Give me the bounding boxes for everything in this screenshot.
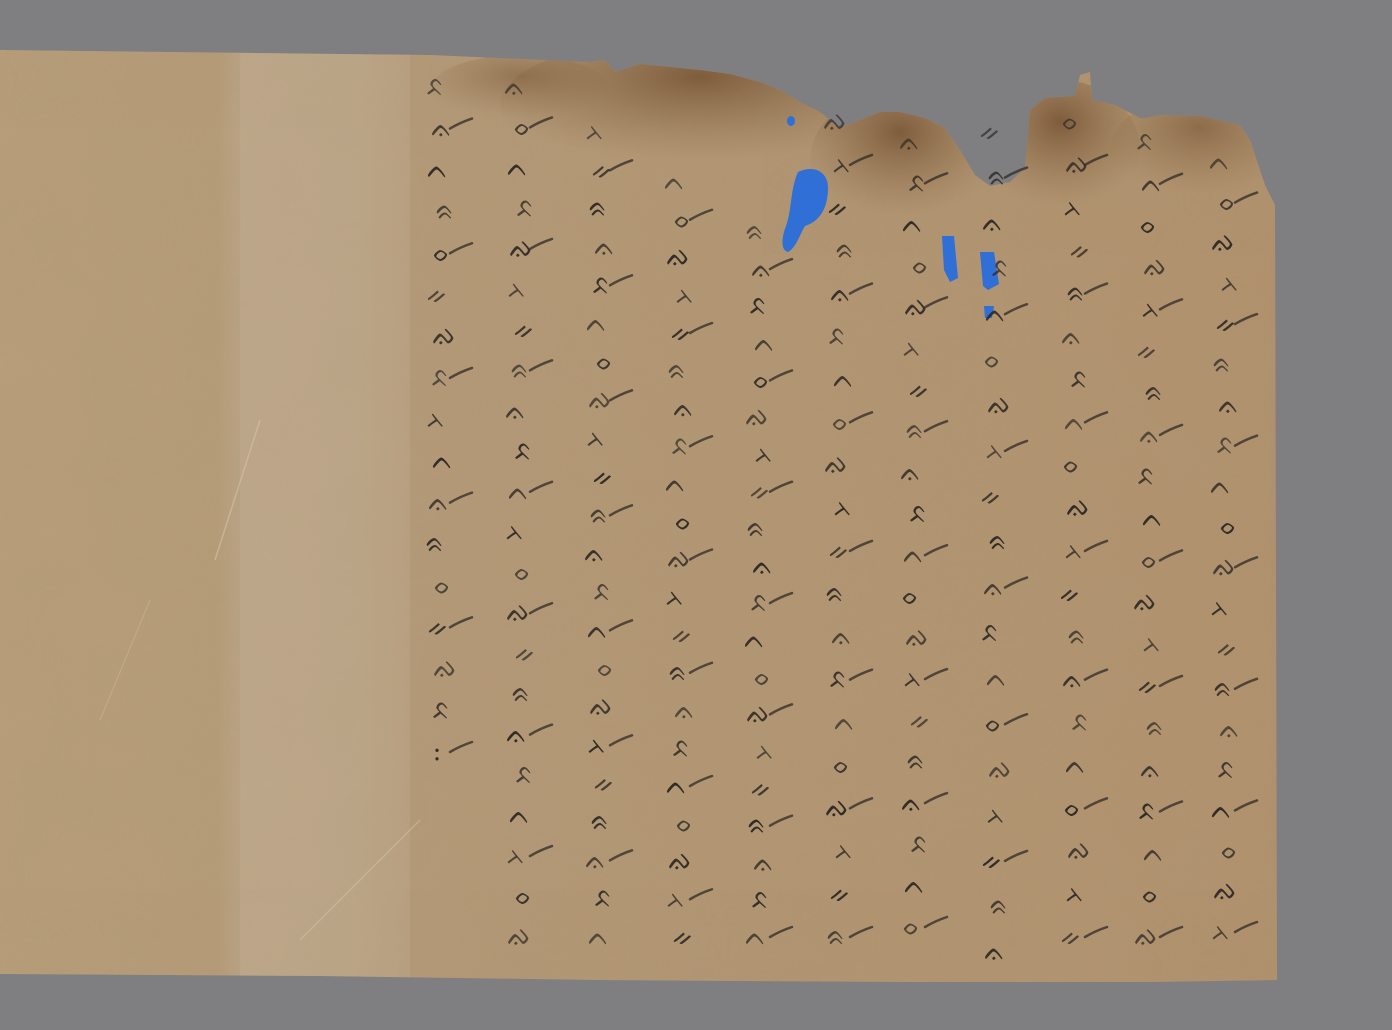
- script-glyph: ᨀ: [672, 922, 693, 952]
- script-glyph: ᨅ: [594, 884, 613, 914]
- script-glyph: ᨈ: [754, 328, 776, 358]
- script-glyph: ᨁ: [1143, 253, 1168, 283]
- script-glyph: ᨀ: [750, 774, 771, 804]
- script-glyph: ᨈ: [1210, 471, 1232, 501]
- script-glyph: ᨈ: [664, 167, 686, 197]
- script-glyph: ᨁ: [507, 922, 532, 952]
- script-glyph: ᨅ: [749, 291, 768, 321]
- script-glyph: ᨈ: [427, 155, 449, 185]
- script-glyph: ᨊ: [1139, 420, 1161, 450]
- script-glyph: ᨔ: [1219, 512, 1237, 542]
- script-glyph: ᨁ: [824, 450, 849, 480]
- script-glyph: ᨂ: [666, 884, 686, 914]
- script-glyph: ᨀ: [979, 117, 1000, 147]
- script-glyph: ᨀ: [593, 769, 614, 799]
- script-glyph: ᨁ: [987, 390, 1012, 420]
- script-glyph: ᨁ: [666, 243, 691, 273]
- script-glyph: ᨈ: [666, 771, 688, 801]
- script-glyph: ᨑ: [1067, 622, 1087, 652]
- script-glyph: ᨊ: [585, 845, 607, 875]
- script-glyph: ᨈ: [587, 615, 609, 645]
- script-glyph: ᨔ: [513, 112, 531, 142]
- script-glyph: ᨅ: [751, 885, 770, 915]
- script-glyph: ᨀ: [514, 639, 535, 669]
- script-glyph: ᨔ: [596, 654, 614, 684]
- script-glyph: ᨊ: [753, 848, 775, 878]
- script-glyph: ᨔ: [1140, 545, 1158, 575]
- script-glyph: ᨀ: [829, 879, 850, 909]
- script-glyph: ᨊ: [752, 551, 774, 581]
- script-glyph: ᨑ: [906, 747, 926, 777]
- manuscript-svg: ᨅᨊᨈᨑᨔᨀᨁᨅᨂᨈᨊᨑᨔᨀᨁᨅ:ᨊᨔᨈᨅᨁᨂᨀᨑᨊᨅᨈᨂᨔᨁᨀᨑᨊᨅᨈᨂᨔᨁᨂ…: [0, 0, 1392, 1030]
- script-glyph: ᨔ: [1063, 793, 1081, 823]
- script-glyph: ᨈ: [1209, 147, 1231, 177]
- script-glyph: ᨔ: [432, 238, 450, 268]
- script-glyph: ᨂ: [1220, 269, 1240, 299]
- script-glyph: ᨂ: [1211, 917, 1231, 947]
- script-glyph: ᨅ: [910, 829, 929, 859]
- script-glyph: ᨔ: [752, 365, 770, 395]
- script-glyph: ᨈ: [1065, 750, 1087, 780]
- script-glyph: ᨀ: [427, 612, 448, 642]
- script-glyph: ᨅ: [592, 270, 611, 300]
- script-glyph: ᨊ: [594, 232, 616, 262]
- script-glyph: ᨅ: [908, 168, 927, 198]
- script-glyph: ᨑ: [905, 416, 925, 446]
- script-glyph: ᨀ: [1060, 922, 1081, 952]
- script-glyph: ᨊ: [673, 394, 695, 424]
- script-glyph: ᨈ: [507, 153, 529, 183]
- script-glyph: ᨂ: [755, 736, 775, 766]
- script-glyph: ᨊ: [1219, 714, 1241, 744]
- script-glyph: ᨅ: [828, 321, 847, 351]
- script-glyph: ᨀ: [671, 620, 692, 650]
- script-glyph: ᨂ: [587, 730, 607, 760]
- script-glyph: ᨈ: [432, 446, 454, 476]
- script-glyph: ᨊ: [504, 72, 526, 102]
- script-glyph: ᨂ: [1065, 879, 1085, 909]
- script-glyph: ᨑ: [588, 194, 608, 224]
- script-glyph: ᨁ: [823, 107, 848, 137]
- script-glyph: ᨔ: [1061, 107, 1079, 137]
- script-glyph: ᨅ: [432, 695, 451, 725]
- script-glyph: ᨑ: [747, 811, 767, 841]
- script-glyph: ᨁ: [1211, 228, 1236, 258]
- script-glyph: ᨑ: [988, 527, 1008, 557]
- script-glyph: ᨑ: [835, 236, 855, 266]
- script-glyph: ᨈ: [1143, 838, 1165, 868]
- script-glyph: ᨊ: [505, 396, 527, 426]
- script-glyph: ᨔ: [673, 205, 691, 235]
- script-glyph: ᨂ: [506, 841, 526, 871]
- script-glyph: ᨁ: [905, 623, 930, 653]
- script-glyph: ᨈ: [833, 364, 855, 394]
- script-glyph: ᨂ: [586, 424, 606, 454]
- script-glyph: ᨂ: [833, 493, 853, 523]
- script-glyph: ᨀ: [1059, 579, 1080, 609]
- script-glyph: ᨀ: [592, 462, 613, 492]
- script-glyph: ᨀ: [1136, 336, 1157, 366]
- script-glyph: ᨅ: [1138, 796, 1157, 826]
- script-glyph: ᨊ: [984, 937, 1006, 967]
- script-glyph: ᨅ: [1217, 755, 1236, 785]
- script-glyph: ᨁ: [988, 755, 1013, 785]
- script-glyph: ᨁ: [1067, 836, 1092, 866]
- script-glyph: ᨁ: [588, 385, 613, 415]
- script-glyph: ᨀ: [1137, 671, 1158, 701]
- script-glyph: ᨂ: [507, 274, 527, 304]
- script-glyph: ᨊ: [901, 788, 923, 818]
- script-glyph: ᨈ: [665, 469, 687, 499]
- script-glyph: ᨔ: [514, 882, 532, 912]
- script-glyph: ᨑ: [425, 529, 445, 559]
- script-glyph: ᨑ: [435, 197, 455, 227]
- script-glyph: ᨊ: [983, 573, 1005, 603]
- script-glyph: ᨊ: [982, 208, 1004, 238]
- script-glyph: ᨔ: [595, 347, 613, 377]
- script-glyph: ᨅ: [671, 431, 690, 461]
- script-glyph: ᨅ: [1071, 708, 1090, 738]
- script-glyph: ᨑ: [825, 579, 845, 609]
- script-glyph: ᨈ: [1064, 407, 1086, 437]
- script-glyph: ᨑ: [1213, 674, 1233, 704]
- script-glyph: ᨊ: [506, 720, 528, 750]
- script-glyph: ᨁ: [1066, 493, 1091, 523]
- script-glyph: ᨔ: [1220, 836, 1238, 866]
- script-glyph: ᨈ: [508, 477, 530, 507]
- script-glyph: ᨁ: [1133, 587, 1158, 617]
- script-glyph: ᨁ: [589, 692, 614, 722]
- script-glyph: ᨑ: [746, 514, 766, 544]
- script-glyph: ᨅ: [515, 760, 534, 790]
- script-glyph: ᨈ: [902, 210, 924, 240]
- script-glyph: ᨀ: [513, 315, 534, 345]
- script-glyph: ᨁ: [1213, 876, 1238, 906]
- script-glyph: ᨀ: [980, 481, 1001, 511]
- script-glyph: ᨂ: [902, 334, 922, 364]
- script-glyph: ᨑ: [826, 922, 846, 952]
- script-glyph: ᨀ: [827, 193, 848, 223]
- script-glyph: ᨔ: [984, 709, 1002, 739]
- script-glyph: ᨊ: [831, 622, 853, 652]
- script-glyph: ᨑ: [590, 807, 610, 837]
- script-glyph: ᨊ: [830, 279, 852, 309]
- script-glyph: ᨑ: [589, 500, 609, 530]
- script-glyph: ᨅ: [909, 499, 928, 529]
- script-glyph: ᨔ: [433, 571, 451, 601]
- script-glyph: ᨀ: [1069, 236, 1090, 266]
- script-glyph: ᨑ: [1212, 350, 1232, 380]
- script-glyph: ᨅ: [750, 588, 769, 618]
- script-glyph: ᨊ: [1218, 390, 1240, 420]
- script-glyph: ᨑ: [511, 679, 531, 709]
- script-glyph: ᨀ: [828, 536, 849, 566]
- script-glyph: ᨁ: [506, 598, 531, 628]
- script-glyph: ᨂ: [665, 582, 685, 612]
- script-glyph: ᨔ: [513, 558, 531, 588]
- script-glyph: ᨁ: [1212, 552, 1237, 582]
- script-glyph: ᨂ: [1064, 536, 1084, 566]
- script-glyph: ᨀ: [908, 375, 929, 405]
- script-glyph: :: [433, 737, 442, 767]
- script-glyph: ᨑ: [745, 217, 765, 247]
- script-glyph: ᨔ: [832, 750, 850, 780]
- script-glyph: ᨔ: [1141, 880, 1159, 910]
- script-glyph: ᨔ: [983, 345, 1001, 375]
- script-glyph: ᨂ: [1141, 294, 1161, 324]
- script-glyph: ᨔ: [1062, 450, 1080, 480]
- script-glyph: ᨈ: [903, 540, 925, 570]
- script-glyph: ᨅ: [426, 72, 445, 102]
- script-glyph: ᨅ: [829, 665, 848, 695]
- script-glyph: ᨅ: [431, 363, 450, 393]
- script-glyph: ᨊ: [1061, 321, 1083, 351]
- script-glyph: ᨁ: [746, 699, 771, 729]
- script-glyph: ᨔ: [901, 581, 919, 611]
- script-glyph: ᨑ: [989, 891, 1009, 921]
- script-glyph: ᨅ: [1216, 431, 1235, 461]
- script-glyph: ᨈ: [1211, 795, 1233, 825]
- script-glyph: ᨅ: [991, 254, 1010, 284]
- script-glyph: ᨑ: [510, 355, 530, 385]
- script-glyph: ᨀ: [670, 318, 691, 348]
- script-glyph: ᨂ: [834, 836, 854, 866]
- script-glyph: ᨔ: [1218, 188, 1236, 218]
- script-glyph: ᨅ: [593, 577, 612, 607]
- script-glyph: ᨂ: [754, 440, 774, 470]
- script-glyph: ᨂ: [426, 405, 446, 435]
- script-glyph: ᨁ: [433, 654, 458, 684]
- script-glyph: ᨅ: [514, 436, 533, 466]
- script-glyph: ᨈ: [744, 625, 766, 655]
- script-glyph: ᨈ: [588, 922, 610, 952]
- script-glyph: ᨁ: [667, 545, 692, 575]
- script-glyph: ᨔ: [911, 251, 929, 281]
- script-glyph: ᨂ: [585, 117, 605, 147]
- script-glyph: ᨂ: [903, 664, 923, 694]
- script-glyph: ᨔ: [675, 809, 693, 839]
- script-glyph: ᨑ: [1144, 378, 1164, 408]
- script-glyph: ᨈ: [834, 708, 856, 738]
- script-glyph: ᨔ: [674, 507, 692, 537]
- script-glyph: ᨔ: [1139, 211, 1157, 241]
- script-glyph: ᨈ: [904, 871, 926, 901]
- script-glyph: ᨀ: [426, 280, 447, 310]
- script-glyph: ᨈ: [745, 922, 767, 952]
- script-glyph: ᨑ: [1145, 713, 1165, 743]
- script-glyph: ᨁ: [1134, 922, 1159, 952]
- script-glyph: ᨂ: [1142, 629, 1162, 659]
- script-glyph: ᨈ: [509, 801, 531, 831]
- script-glyph: ᨊ: [1062, 665, 1084, 695]
- script-glyph: ᨀ: [981, 846, 1002, 876]
- script-glyph: ᨈ: [986, 664, 1008, 694]
- script-glyph: ᨊ: [899, 127, 921, 157]
- script-glyph: ᨊ: [900, 458, 922, 488]
- script-glyph: ᨁ: [825, 793, 850, 823]
- script-glyph: ᨈ: [1142, 504, 1164, 534]
- script-glyph: ᨑ: [668, 658, 688, 688]
- script-glyph: ᨂ: [1210, 593, 1230, 623]
- script-glyph: ᨊ: [428, 488, 450, 518]
- script-glyph: ᨀ: [909, 705, 930, 735]
- script-glyph: ᨂ: [986, 800, 1006, 830]
- script-glyph: ᨔ: [902, 912, 920, 942]
- script-glyph: ᨑ: [667, 356, 687, 386]
- script-glyph: ᨂ: [1063, 193, 1083, 223]
- script-glyph: ᨊ: [674, 696, 696, 726]
- script-glyph: ᨂ: [675, 280, 695, 310]
- script-glyph: ᨔ: [831, 407, 849, 437]
- script-glyph: ᨅ: [981, 618, 1000, 648]
- script-glyph: ᨀ: [1216, 633, 1237, 663]
- script-glyph: ᨁ: [668, 847, 693, 877]
- script-glyph: ᨂ: [505, 517, 525, 547]
- script-glyph: ᨁ: [745, 403, 770, 433]
- script-glyph: ᨅ: [1137, 462, 1156, 492]
- script-glyph: ᨊ: [1140, 755, 1162, 785]
- manuscript-photo: ᨅᨊᨈᨑᨔᨀᨁᨅᨂᨈᨊᨑᨔᨀᨁᨅ:ᨊᨔᨈᨅᨁᨂᨀᨑᨊᨅᨈᨂᨔᨁᨀᨑᨊᨅᨈᨂᨔᨁᨂ…: [0, 0, 1392, 1030]
- script-glyph: ᨅ: [672, 733, 691, 763]
- script-glyph: ᨅ: [516, 193, 535, 223]
- script-glyph: ᨊ: [584, 539, 606, 569]
- script-glyph: ᨀ: [1215, 309, 1236, 339]
- script-glyph: ᨅ: [1070, 364, 1089, 394]
- script-glyph: ᨑ: [1066, 279, 1086, 309]
- script-glyph: ᨈ: [985, 299, 1007, 329]
- script-glyph: ᨅ: [1136, 127, 1155, 157]
- script-glyph: ᨀ: [749, 477, 770, 507]
- script-glyph: ᨈ: [586, 309, 608, 339]
- script-glyph: ᨁ: [432, 321, 457, 351]
- script-glyph: ᨂ: [985, 436, 1005, 466]
- script-glyph: ᨔ: [753, 662, 771, 692]
